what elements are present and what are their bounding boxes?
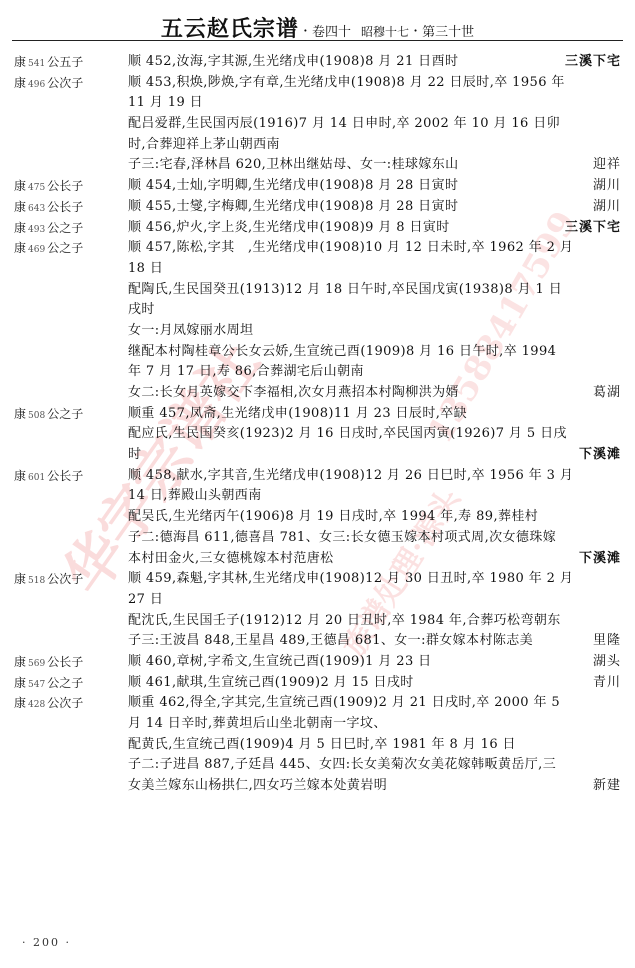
entry-line-continuation: 子二:德海昌 611,德喜昌 781、女三:长女德玉嫁本村项式周,次女德珠嫁: [12, 528, 623, 549]
entry-text: 配陶氏,生民国癸丑(1913)12 月 18 日午时,卒民国戊寅(1938)8 …: [128, 280, 623, 301]
parent-reference: 康547公之子: [14, 673, 124, 696]
entry-text: 18 日: [128, 259, 623, 280]
entry-text: 本村田金火,三女德桃嫁本村范唐松: [128, 549, 623, 570]
entry-line-continuation: 戌时: [12, 300, 623, 321]
parent-reference: 康601公长子: [14, 466, 124, 489]
parent-relation: 公次子: [47, 572, 83, 586]
parent-reference: 康508公之子: [14, 404, 124, 427]
entry-text: 顺 455,士燮,字梅卿,生光绪戊申(1908)8 月 28 日寅时: [128, 197, 623, 218]
parent-prefix: 康: [14, 407, 26, 421]
entry-line-continuation: 子二:子进昌 887,子廷昌 445、女四:长女美菊次女美花嫁韩畈黄岳厅,三: [12, 755, 623, 776]
entry-text: 子二:子进昌 887,子廷昌 445、女四:长女美菊次女美花嫁韩畈黄岳厅,三: [128, 755, 623, 776]
entry-text: 继配本村陶桂章公长女云娇,生宣统己酉(1909)8 月 16 日午时,卒 199…: [128, 342, 623, 363]
entry-text: 子三:宅春,泽林昌 620,卫林出继姑母、女一:桂球嫁东山: [128, 155, 623, 176]
entry-text: 14 日,葬殿山头朝西南: [128, 486, 623, 507]
entry-line-head: 康428公次子顺重 462,得全,字其完,生宣统己酉(1909)2 月 21 日…: [12, 693, 623, 714]
entry-text: 顺 461,献琪,生宣统己酉(1909)2 月 15 日戌时: [128, 673, 623, 694]
parent-reference: 康569公长子: [14, 652, 124, 675]
entry-text: 女美兰嫁东山杨拱仁,四女巧兰嫁本处黄岩明: [128, 776, 623, 797]
parent-number: 569: [28, 659, 45, 669]
parent-prefix: 康: [14, 241, 26, 255]
parent-prefix: 康: [14, 179, 26, 193]
parent-reference: 康428公次子: [14, 693, 124, 716]
parent-number: 469: [28, 245, 45, 255]
parent-prefix: 康: [14, 676, 26, 690]
branch-label: 昭穆十七: [361, 25, 409, 39]
title-separator: ·: [303, 21, 308, 40]
entry-text: 子二:德海昌 611,德喜昌 781、女三:长女德玉嫁本村项式周,次女德珠嫁: [128, 528, 623, 549]
entry-line-head: 康493公之子顺 456,炉火,字上炎,生光绪戊申(1908)9 月 8 日寅时…: [12, 218, 623, 239]
entry-line-continuation: 27 日: [12, 590, 623, 611]
entry-text: 顺 454,士灿,字明卿,生光绪戊申(1908)8 月 28 日寅时: [128, 176, 623, 197]
entry-line-continuation: 子三:宅春,泽林昌 620,卫林出继姑母、女一:桂球嫁东山迎祥: [12, 155, 623, 176]
entry-line-continuation: 时,合葬迎祥上茅山朝西南: [12, 135, 623, 156]
parent-relation: 公次子: [47, 76, 83, 90]
entry-line-continuation: 子三:王波昌 848,王星昌 489,王德昌 681、女一:群女嫁本村陈志美里隆: [12, 631, 623, 652]
residence-place: 迎祥: [593, 155, 621, 176]
entry-text: 配吴氏,生光绪丙午(1906)8 月 19 日戌时,卒 1994 年,寿 89,…: [128, 507, 623, 528]
entry-line-head: 康508公之子顺重 457,凤斋,生光绪戊申(1908)11 月 23 日辰时,…: [12, 404, 623, 425]
entry-text: 配吕爱群,生民国丙辰(1916)7 月 14 日申时,卒 2002 年 10 月…: [128, 114, 623, 135]
entry-line-head: 康569公长子顺 460,章树,字希文,生宣统己酉(1909)1 月 23 日湖…: [12, 652, 623, 673]
entry-text: 配应氏,生民国癸亥(1923)2 月 16 日戌时,卒民国丙寅(1926)7 月…: [128, 424, 623, 445]
volume-label: 卷四十: [312, 25, 351, 40]
parent-relation: 公之子: [47, 241, 83, 255]
entry-line-continuation: 配应氏,生民国癸亥(1923)2 月 16 日戌时,卒民国丙寅(1926)7 月…: [12, 424, 623, 445]
entry-line-continuation: 年 7 月 17 日,寿 86,合葬湖宅后山朝南: [12, 362, 623, 383]
residence-place: 葛湖: [593, 383, 621, 404]
entry-line-head: 康547公之子顺 461,献琪,生宣统己酉(1909)2 月 15 日戌时青川: [12, 673, 623, 694]
entry-line-head: 康643公长子顺 455,士燮,字梅卿,生光绪戊申(1908)8 月 28 日寅…: [12, 197, 623, 218]
entry-text: 月 14 日辛时,葬黄坦后山坐北朝南一字坟、: [128, 714, 623, 735]
entry-line-head: 康518公次子顺 459,森魁,字其林,生光绪戊申(1908)12 月 30 日…: [12, 569, 623, 590]
entry-text: 配沈氏,生民国壬子(1912)12 月 20 日丑时,卒 1984 年,合葬巧松…: [128, 611, 623, 632]
entry-line-continuation: 继配本村陶桂章公长女云娇,生宣统己酉(1909)8 月 16 日午时,卒 199…: [12, 342, 623, 363]
parent-reference: 康541公五子: [14, 52, 124, 75]
entry-text: 女一:月凤嫁丽水周坦: [128, 321, 623, 342]
entry-line-continuation: 配沈氏,生民国壬子(1912)12 月 20 日丑时,卒 1984 年,合葬巧松…: [12, 611, 623, 632]
parent-number: 496: [28, 80, 45, 90]
entry-text: 顺 452,汝海,字其源,生光绪戊申(1908)8 月 21 日酉时: [128, 52, 623, 73]
residence-place: 青川: [593, 673, 621, 694]
entry-text: 女二:长女月英嫁交下李福相,次女月燕招本村陶柳洪为婿: [128, 383, 623, 404]
entry-text: 顺 456,炉火,字上炎,生光绪戊申(1908)9 月 8 日寅时: [128, 218, 623, 239]
residence-place: 湖头: [593, 652, 621, 673]
residence-place: 湖川: [593, 197, 621, 218]
parent-relation: 公之子: [47, 221, 83, 235]
parent-number: 541: [28, 59, 45, 69]
entry-text: 配黄氏,生宣统己酉(1909)4 月 5 日巳时,卒 1981 年 8 月 16…: [128, 735, 623, 756]
entry-line-head: 康469公之子顺 457,陈松,字其 ,生光绪戊申(1908)10 月 12 日…: [12, 238, 623, 259]
entry-line-continuation: 14 日,葬殿山头朝西南: [12, 486, 623, 507]
book-title: 五云赵氏宗谱: [161, 16, 299, 42]
entry-line-head: 康541公五子顺 452,汝海,字其源,生光绪戊申(1908)8 月 21 日酉…: [12, 52, 623, 73]
entry-text: 子三:王波昌 848,王星昌 489,王德昌 681、女一:群女嫁本村陈志美: [128, 631, 623, 652]
parent-relation: 公之子: [47, 676, 83, 690]
parent-number: 643: [28, 204, 45, 214]
residence-place: 下溪滩: [579, 445, 621, 466]
entry-line-continuation: 配吕爱群,生民国丙辰(1916)7 月 14 日申时,卒 2002 年 10 月…: [12, 114, 623, 135]
entry-text: 顺 459,森魁,字其林,生光绪戊申(1908)12 月 30 日丑时,卒 19…: [128, 569, 623, 590]
entry-line-continuation: 配吴氏,生光绪丙午(1906)8 月 19 日戌时,卒 1994 年,寿 89,…: [12, 507, 623, 528]
parent-relation: 公长子: [47, 655, 83, 669]
entry-line-continuation: 女二:长女月英嫁交下李福相,次女月燕招本村陶柳洪为婿葛湖: [12, 383, 623, 404]
header-rule: [12, 40, 623, 41]
parent-prefix: 康: [14, 221, 26, 235]
parent-relation: 公之子: [47, 407, 83, 421]
parent-reference: 康518公次子: [14, 569, 124, 592]
parent-reference: 康475公长子: [14, 176, 124, 199]
parent-prefix: 康: [14, 469, 26, 483]
parent-reference: 康496公次子: [14, 73, 124, 96]
entry-text: 顺 457,陈松,字其 ,生光绪戊申(1908)10 月 12 日未时,卒 19…: [128, 238, 623, 259]
entry-line-continuation: 配黄氏,生宣统己酉(1909)4 月 5 日巳时,卒 1981 年 8 月 16…: [12, 735, 623, 756]
entry-text: 顺 458,献水,字其音,生光绪戊申(1908)12 月 26 日巳时,卒 19…: [128, 466, 623, 487]
entry-line-continuation: 11 月 19 日: [12, 93, 623, 114]
entry-text: 年 7 月 17 日,寿 86,合葬湖宅后山朝南: [128, 362, 623, 383]
residence-place: 里隆: [593, 631, 621, 652]
entry-text: 时,合葬迎祥上茅山朝西南: [128, 135, 623, 156]
parent-number: 428: [28, 700, 45, 710]
parent-prefix: 康: [14, 55, 26, 69]
parent-prefix: 康: [14, 696, 26, 710]
parent-prefix: 康: [14, 200, 26, 214]
entry-line-continuation: 时下溪滩: [12, 445, 623, 466]
residence-place: 新建: [593, 776, 621, 797]
residence-place: 下溪滩: [579, 549, 621, 570]
entry-line-head: 康601公长子顺 458,献水,字其音,生光绪戊申(1908)12 月 26 日…: [12, 466, 623, 487]
entry-text: 顺 453,积焕,陟焕,字有章,生光绪戊申(1908)8 月 22 日辰时,卒 …: [128, 73, 623, 94]
parent-number: 547: [28, 680, 45, 690]
parent-number: 508: [28, 411, 45, 421]
entry-line-continuation: 配陶氏,生民国癸丑(1913)12 月 18 日午时,卒民国戊寅(1938)8 …: [12, 280, 623, 301]
residence-place: 三溪下宅: [565, 218, 621, 239]
entry-text: 顺 460,章树,字希文,生宣统己酉(1909)1 月 23 日: [128, 652, 623, 673]
entry-line-continuation: 18 日: [12, 259, 623, 280]
branch-separator: ·: [413, 21, 418, 40]
residence-place: 湖川: [593, 176, 621, 197]
entry-text: 顺重 462,得全,字其完,生宣统己酉(1909)2 月 21 日戌时,卒 20…: [128, 693, 623, 714]
generation-label: 第三十世: [422, 25, 474, 40]
entry-line-continuation: 女一:月凤嫁丽水周坦: [12, 321, 623, 342]
entry-text: 时: [128, 445, 623, 466]
parent-reference: 康643公长子: [14, 197, 124, 220]
entry-line-continuation: 女美兰嫁东山杨拱仁,四女巧兰嫁本处黄岩明新建: [12, 776, 623, 797]
entry-line-head: 康496公次子顺 453,积焕,陟焕,字有章,生光绪戊申(1908)8 月 22…: [12, 73, 623, 94]
parent-number: 475: [28, 183, 45, 193]
residence-place: 三溪下宅: [565, 52, 621, 73]
parent-prefix: 康: [14, 76, 26, 90]
parent-number: 493: [28, 225, 45, 235]
entry-text: 11 月 19 日: [128, 93, 623, 114]
parent-prefix: 康: [14, 572, 26, 586]
parent-prefix: 康: [14, 655, 26, 669]
parent-relation: 公五子: [47, 55, 83, 69]
parent-relation: 公长子: [47, 179, 83, 193]
parent-number: 601: [28, 473, 45, 483]
page-header: 五云赵氏宗谱·卷四十昭穆十七·第三十世: [0, 12, 635, 43]
parent-relation: 公长子: [47, 200, 83, 214]
parent-reference: 康469公之子: [14, 238, 124, 261]
entry-text: 戌时: [128, 300, 623, 321]
entry-text: 27 日: [128, 590, 623, 611]
page-number: · 200 ·: [22, 936, 71, 949]
entry-text: 顺重 457,凤斋,生光绪戊申(1908)11 月 23 日辰时,卒缺: [128, 404, 623, 425]
parent-number: 518: [28, 576, 45, 586]
entry-line-continuation: 本村田金火,三女德桃嫁本村范唐松下溪滩: [12, 549, 623, 570]
parent-relation: 公长子: [47, 469, 83, 483]
parent-relation: 公次子: [47, 696, 83, 710]
entry-line-continuation: 月 14 日辛时,葬黄坦后山坐北朝南一字坟、: [12, 714, 623, 735]
genealogy-entries: 康541公五子顺 452,汝海,字其源,生光绪戊申(1908)8 月 21 日酉…: [12, 52, 623, 797]
parent-reference: 康493公之子: [14, 218, 124, 241]
entry-line-head: 康475公长子顺 454,士灿,字明卿,生光绪戊申(1908)8 月 28 日寅…: [12, 176, 623, 197]
